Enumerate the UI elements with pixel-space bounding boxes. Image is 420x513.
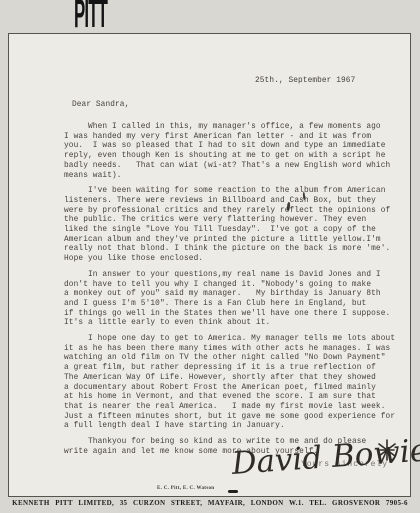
star-doodle-icon <box>376 439 398 461</box>
ink-mark <box>228 490 238 493</box>
letter-sheet: 25th., September 1967 Dear Sandra, When … <box>8 33 411 497</box>
letter-body: When I called in this, my manager's offi… <box>64 123 412 464</box>
printer-imprint: E. C. Pitt, E. C. Watson <box>157 486 214 491</box>
letter-date: 25th., September 1967 <box>255 77 355 85</box>
pitt-logo: PITT <box>74 0 107 31</box>
paragraph-2: I've been waiting for some reaction to t… <box>64 187 412 265</box>
letterhead-footer-address: KENNETH PITT LIMITED, 35 CURZON STREET, … <box>0 499 420 507</box>
paragraph-4: I hope one day to get to America. My man… <box>64 335 412 432</box>
salutation: Dear Sandra, <box>72 101 129 109</box>
paragraph-1: When I called in this, my manager's offi… <box>64 123 412 181</box>
scanned-letter-page: PITT 25th., September 1967 Dear Sandra, … <box>0 0 420 513</box>
paragraph-3: In answer to your questions,my real name… <box>64 271 412 329</box>
